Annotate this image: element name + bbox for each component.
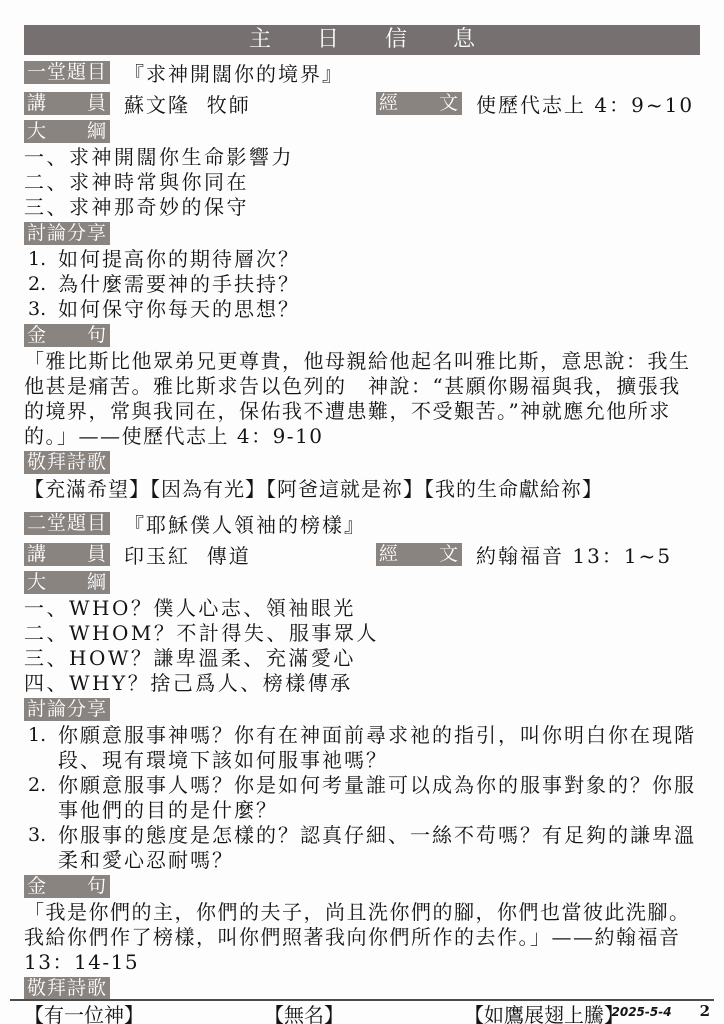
- footer-page-number: 2: [700, 1002, 710, 1020]
- bulletin-page: 主 日 信 息 一堂題目 『求神開闊你的境界』 講 員 蘇文隆 牧師 經 文 使…: [0, 0, 724, 1024]
- outline-item: 二、WHOM？不計得失、服事眾人: [24, 621, 700, 646]
- session1-verse-row: 金 句: [24, 324, 700, 347]
- outline-item: 四、WHY？捨己爲人、榜樣傳承: [24, 671, 700, 696]
- session1-songs-row: 敬拜詩歌: [24, 451, 700, 474]
- session2-scripture: 約翰福音 13：1~5: [476, 540, 672, 569]
- session2-golden-verse: 「我是你們的主，你們的夫子，尚且洗你們的腳，你們也當彼此洗腳。我給你們作了榜樣，…: [24, 900, 700, 975]
- page-title: 主 日 信 息: [24, 25, 700, 55]
- session2-title-row: 二堂題目 『耶穌僕人領袖的榜樣』: [24, 509, 700, 538]
- discussion-item: 2. 你願意服事人嗎？你是如何考量誰可以成為你的服事對象的？你服事他們的目的是什…: [24, 773, 700, 823]
- label-golden-verse-1: 金 句: [24, 324, 110, 347]
- discussion-text: 為什麼需要神的手扶持？: [58, 272, 700, 297]
- label-outline-1: 大 綱: [24, 120, 110, 143]
- outline-item: 一、WHO？僕人心志、領袖眼光: [24, 596, 700, 621]
- outline-item: 三、求神那奇妙的保守: [24, 195, 700, 220]
- session2-verse-row: 金 句: [24, 875, 700, 898]
- discussion-number: 1.: [24, 723, 58, 748]
- session2-speaker: 印玉紅 傳道: [124, 540, 376, 569]
- discussion-item: 3. 你服事的態度是怎樣的？認真仔細、一絲不苟嗎？有足夠的謙卑溫柔和愛心忍耐嗎？: [24, 823, 700, 873]
- discussion-number: 3.: [24, 297, 58, 322]
- session2-discussion-row: 討論分享: [24, 698, 700, 721]
- label-worship-songs-2: 敬拜詩歌: [24, 977, 110, 1000]
- session2-outline-row: 大 綱: [24, 571, 700, 594]
- discussion-item: 1. 你願意服事神嗎？你有在神面前尋求祂的指引，叫你明白你在現階段、現有環境下該…: [24, 723, 700, 773]
- label-golden-verse-2: 金 句: [24, 875, 110, 898]
- page-footer: 2025-5-4 2: [10, 999, 714, 1020]
- label-discussion-1: 討論分享: [24, 222, 110, 245]
- label-speaker-2: 講 員: [24, 543, 110, 566]
- session2-speaker-row: 講 員 印玉紅 傳道 經 文 約翰福音 13：1~5: [24, 540, 700, 569]
- footer-date: 2025-5-4: [612, 1005, 672, 1019]
- session1-title: 『求神開闊你的境界』: [124, 58, 344, 87]
- discussion-item: 1. 如何提高你的期待層次？: [24, 247, 700, 272]
- session1-title-row: 一堂題目 『求神開闊你的境界』: [24, 58, 700, 87]
- session1-outline-row: 大 綱: [24, 120, 700, 143]
- discussion-text: 你願意服事神嗎？你有在神面前尋求祂的指引，叫你明白你在現階段、現有環境下該如何服…: [58, 723, 700, 773]
- outline-item: 二、求神時常與你同在: [24, 170, 700, 195]
- session1-scripture: 使歷代志上 4：9~10: [476, 89, 694, 118]
- label-scripture-1: 經 文: [376, 92, 462, 115]
- discussion-text: 如何提高你的期待層次？: [58, 247, 700, 272]
- discussion-text: 你服事的態度是怎樣的？認真仔細、一絲不苟嗎？有足夠的謙卑溫柔和愛心忍耐嗎？: [58, 823, 700, 873]
- session1-speaker: 蘇文隆 牧師: [124, 89, 376, 118]
- discussion-number: 2.: [24, 773, 58, 798]
- session1-discussion-row: 討論分享: [24, 222, 700, 245]
- label-scripture-2: 經 文: [376, 543, 462, 566]
- session2-songs-row: 敬拜詩歌: [24, 977, 700, 1000]
- label-session2-title: 二堂題目: [24, 512, 110, 535]
- discussion-number: 2.: [24, 272, 58, 297]
- outline-item: 一、求神開闊你生命影響力: [24, 145, 700, 170]
- discussion-text: 你願意服事人嗎？你是如何考量誰可以成為你的服事對象的？你服事他們的目的是什麼？: [58, 773, 700, 823]
- label-session1-title: 一堂題目: [24, 61, 110, 84]
- discussion-item: 3. 如何保守你每天的思想？: [24, 297, 700, 322]
- section-divider: [24, 502, 700, 507]
- label-discussion-2: 討論分享: [24, 698, 110, 721]
- label-outline-2: 大 綱: [24, 571, 110, 594]
- label-speaker-1: 講 員: [24, 92, 110, 115]
- discussion-number: 3.: [24, 823, 58, 848]
- session1-speaker-row: 講 員 蘇文隆 牧師 經 文 使歷代志上 4：9~10: [24, 89, 700, 118]
- session1-golden-verse: 「雅比斯比他眾弟兄更尊貴，他母親給他起名叫雅比斯，意思說：我生他甚是痛苦。雅比斯…: [24, 349, 700, 449]
- session2-title: 『耶穌僕人領袖的榜樣』: [124, 509, 366, 538]
- outline-item: 三、HOW？謙卑溫柔、充滿愛心: [24, 646, 700, 671]
- discussion-item: 2. 為什麼需要神的手扶持？: [24, 272, 700, 297]
- label-worship-songs-1: 敬拜詩歌: [24, 451, 110, 474]
- discussion-text: 如何保守你每天的思想？: [58, 297, 700, 322]
- session1-songs: 【充滿希望】【因為有光】【阿爸這就是祢】【我的生命獻給祢】: [24, 476, 700, 502]
- discussion-number: 1.: [24, 247, 58, 272]
